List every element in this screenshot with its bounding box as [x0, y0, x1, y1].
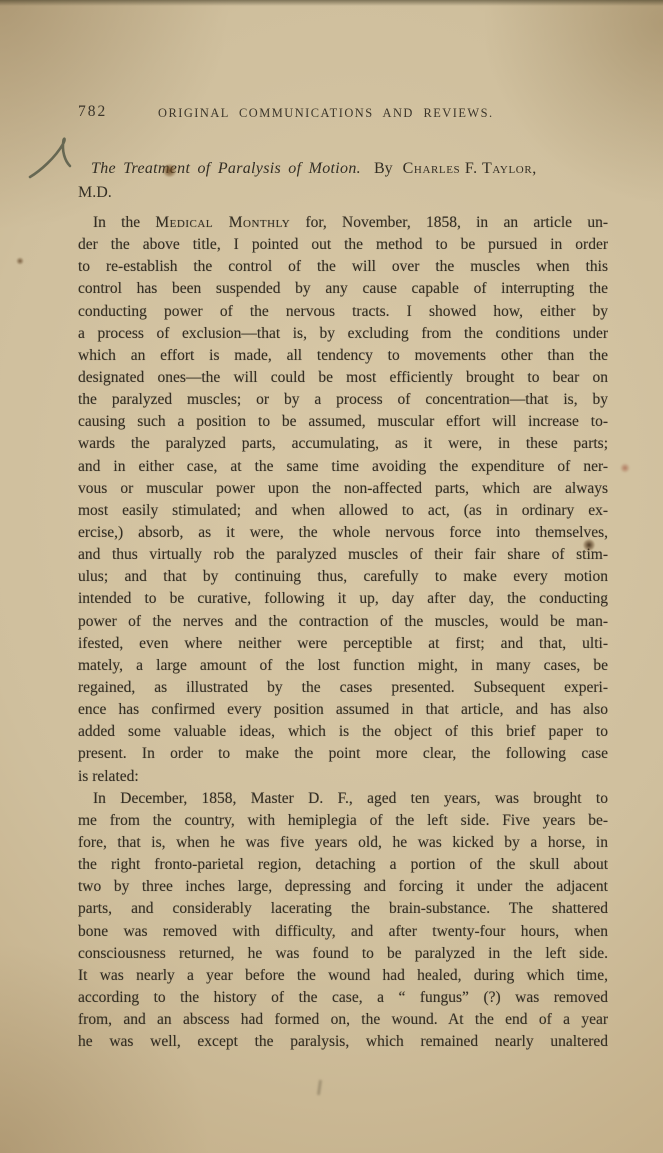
- text-line: regained, as illustrated by the cases pr…: [78, 677, 608, 699]
- text-line: vous or muscular power upon the non-affe…: [78, 478, 608, 500]
- text-line: intended to be curative, following it up…: [78, 588, 608, 610]
- text-line: wards the paralyzed parts, accumulating,…: [78, 433, 608, 455]
- article-title-block: The Treatment of Paralysis of Motion. By…: [78, 157, 610, 205]
- paragraph-2: In December, 1858, Master D. F., aged te…: [78, 788, 608, 1054]
- text-line: consciousness returned, he was found to …: [78, 943, 608, 965]
- text-line: ifested, even where neither were percept…: [78, 633, 608, 655]
- text-line: bone was removed with difficulty, and af…: [78, 921, 608, 943]
- text-line: the paralyzed muscles; or by a process o…: [78, 389, 608, 411]
- title-text: The Treatment of Paralysis of Motion.: [91, 160, 361, 177]
- page-number: 782: [78, 103, 107, 121]
- byline-by: By: [374, 160, 393, 177]
- text-line: the right fronto-parietal region, detach…: [78, 854, 608, 876]
- text-line: mately, a large amount of the lost funct…: [78, 655, 608, 677]
- text-line: two by three inches large, depressing an…: [78, 876, 608, 898]
- ink-stain: [162, 164, 177, 177]
- text-line: causing such a position to be assumed, m…: [78, 411, 608, 433]
- text-line: and in either case, at the same time avo…: [78, 456, 608, 478]
- text-line: control has been suspended by any cause …: [78, 278, 608, 300]
- text-line: ulus; and that by continuing thus, caref…: [78, 566, 608, 588]
- byline-author: Charles F. Taylor,: [403, 160, 537, 177]
- title-line: The Treatment of Paralysis of Motion. By…: [78, 157, 610, 181]
- text-line: In December, 1858, Master D. F., aged te…: [78, 788, 608, 810]
- margin-mark: [620, 463, 630, 473]
- ink-spot: [16, 257, 24, 265]
- page-header: 782 ORIGINAL COMMUNICATIONS AND REVIEWS.: [78, 103, 608, 123]
- text-line: designated ones—the will could be most e…: [78, 367, 608, 389]
- pen-checkmark-annotation: [26, 135, 78, 181]
- text-line: It was nearly a year before the wound ha…: [78, 965, 608, 987]
- text-line: added some valuable ideas, which is the …: [78, 721, 608, 743]
- byline-degree: M.D.: [78, 181, 610, 205]
- journal-name-smallcaps: Medical Monthly: [155, 214, 290, 231]
- text-segment: for, November, 1858, in an article un-: [290, 214, 608, 231]
- text-line: and thus virtually rob the paralyzed mus…: [78, 544, 608, 566]
- text-line: In the Medical Monthly for, November, 18…: [78, 212, 608, 234]
- paragraph-1: In the Medical Monthly for, November, 18…: [78, 212, 608, 788]
- text-line: most easily stimulated; and when allowed…: [78, 500, 608, 522]
- text-line: ence has confirmed every position assume…: [78, 699, 608, 721]
- text-line: is related:: [78, 766, 608, 788]
- ink-spot: [583, 539, 595, 551]
- text-segment: In the: [93, 214, 155, 231]
- text-line: from, and an abscess had formed on, the …: [78, 1009, 608, 1031]
- text-line: me from the country, with hemiplegia of …: [78, 810, 608, 832]
- article-body: In the Medical Monthly for, November, 18…: [78, 212, 608, 1053]
- text-line: ercise,) absorb, as it were, the whole n…: [78, 522, 608, 544]
- text-line: a process of exclusion—that is, by exclu…: [78, 323, 608, 345]
- text-line: present. In order to make the point more…: [78, 743, 608, 765]
- running-head: ORIGINAL COMMUNICATIONS AND REVIEWS.: [158, 106, 494, 121]
- faint-pencil-mark: [317, 1080, 322, 1095]
- text-line: power of the nerves and the contraction …: [78, 611, 608, 633]
- text-line: to re-establish the control of the will …: [78, 256, 608, 278]
- text-line: he was well, except the paralysis, which…: [78, 1031, 608, 1053]
- text-line: which an effort is made, all tendency to…: [78, 345, 608, 367]
- text-line: parts, and considerably lacerating the b…: [78, 898, 608, 920]
- text-line: fore, that is, when he was five years ol…: [78, 832, 608, 854]
- text-line: according to the history of the case, a …: [78, 987, 608, 1009]
- text-line: conducting power of the nervous tracts. …: [78, 301, 608, 323]
- text-line: der the above title, I pointed out the m…: [78, 234, 608, 256]
- scanned-page: 782 ORIGINAL COMMUNICATIONS AND REVIEWS.…: [0, 0, 663, 1153]
